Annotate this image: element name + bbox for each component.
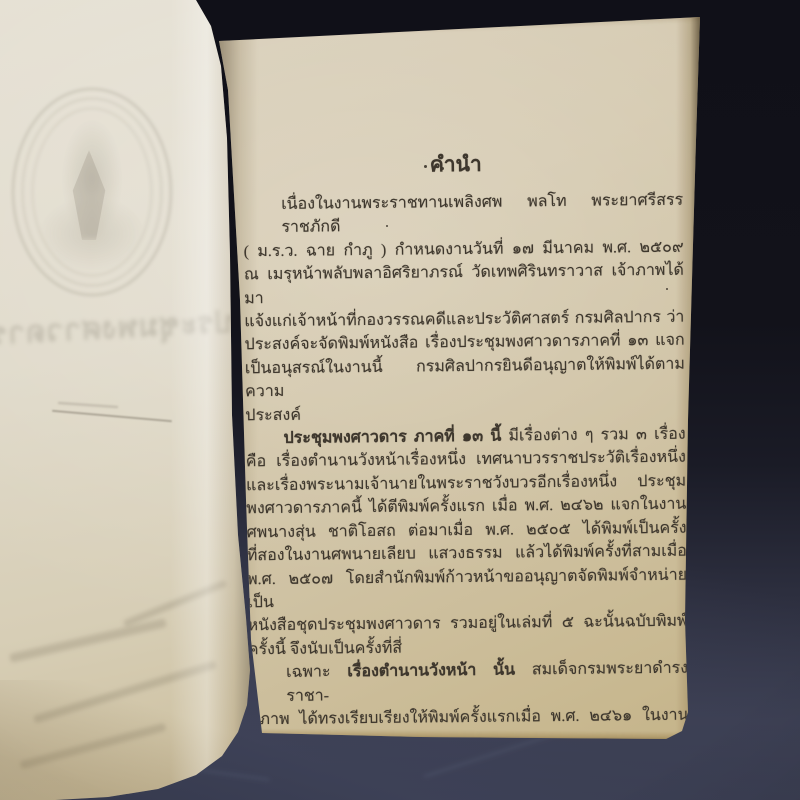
text-line: เฉพาะ เรื่องตำนานวังหน้า นั้น สมเด็จกรมพ… (248, 657, 688, 708)
text-segment: ศพนางสุ่น ชาติโอสถ ต่อมาเมื่อ พ.ศ. ๒๕๐๕ … (247, 519, 687, 541)
text-line: หนังสือชุดประชุมพงศาวดาร รวมอยู่ในเล่มที… (247, 610, 687, 638)
showthrough-rule (58, 402, 118, 408)
text-segment: หนังสือชุดประชุมพงศาวดาร รวมอยู่ในเล่มที… (247, 613, 687, 635)
text-segment: ประสงค์ (245, 406, 301, 424)
page-text-lines: เนื่องในงานพระราชทานเพลิงศพ พลโท พระยาศร… (243, 189, 689, 800)
text-segment-bold: เรื่องตำนานวังหน้า นั้น (347, 662, 515, 681)
text-segment: นุภาพ ได้ทรงเรียบเรียงให้พิมพ์ครั้งแรกเม… (248, 707, 688, 752)
text-segment: ประสงค์จะจัดพิมพ์หนังสือ เรื่องประชุมพงศ… (245, 332, 685, 354)
showthrough-rule (52, 410, 172, 422)
page-text: คำนำ เนื่องในงานพระราชทานเพลิงศพ พลโท พร… (243, 148, 690, 800)
text-line: ณ เมรุหน้าพลับพลาอิศริยาภรณ์ วัดเทพศิริน… (244, 259, 684, 310)
text-segment: เฉพาะ (286, 663, 347, 681)
text-line: เป็นอนุสรณ์ในงานนี้ กรมศิลปากรยินดีอนุญา… (245, 353, 685, 404)
text-segment: พ.ศ. ๒๕๐๗ โดยสำนักพิมพ์ก้าวหน้าขออนุญาตจ… (247, 566, 687, 611)
text-line: นุภาพ ได้ทรงเรียบเรียงให้พิมพ์ครั้งแรกเม… (248, 704, 688, 755)
text-line: เนื่องในงานพระราชทานเพลิงศพ พลโท พระยาศร… (243, 189, 683, 240)
text-segment: ที่สองในงานศพนายเลียบ แสวงธรรม แล้วได้พิ… (247, 543, 687, 565)
text-line: พ.ศ. ๒๕๐๗ โดยสำนักพิมพ์ก้าวหน้าขออนุญาตจ… (247, 563, 687, 614)
text-segment: และเรื่องพระนามเจ้านายในพระราชวังบวรอีกเ… (246, 473, 686, 495)
text-segment: ณ เมรุหน้าพลับพลาอิศริยาภรณ์ วัดเทพศิริน… (244, 262, 684, 307)
text-segment: แจ้งแก่เจ้าหน้าที่กองวรรณคดีและประวัติศา… (244, 309, 684, 331)
text-line: ราชทานเพลิงศพ หม่อมเทวาธิราช (แดง อิศรเส… (249, 750, 689, 800)
text-segment: ( ม.ร.ว. ฉาย กำภู ) กำหนดงานวันที่ ๑๗ มี… (244, 239, 684, 261)
text-segment: พงศาวดารภาคนี้ ได้ตีพิมพ์ครั้งแรก เมื่อ … (246, 496, 686, 518)
text-segment: คือ เรื่องตำนานวังหน้าเรื่องหนึ่ง เทศนาบ… (246, 449, 686, 471)
book-photo: ประชุมพงศาวดาร คำนำ เนื่องในงานพระราชทาน… (0, 0, 800, 800)
page-title: คำนำ (243, 148, 669, 180)
text-segment-bold: ประชุมพงศาวดาร ภาคที่ ๑๓ นี้ (284, 428, 502, 447)
text-segment: มีเรื่องต่าง ๆ รวม ๓ เรื่อง (501, 426, 686, 445)
text-segment: ครั้งนี้ จึงนับเป็นครั้งที่สี่ (248, 639, 402, 658)
text-segment: เป็นอนุสรณ์ในงานนี้ กรมศิลปากรยินดีอนุญา… (245, 356, 685, 401)
aged-page-edge-top (205, 0, 716, 45)
showthrough-mark (9, 618, 167, 663)
text-segment: เนื่องในงานพระราชทานเพลิงศพ พลโท พระยาศร… (281, 192, 683, 237)
